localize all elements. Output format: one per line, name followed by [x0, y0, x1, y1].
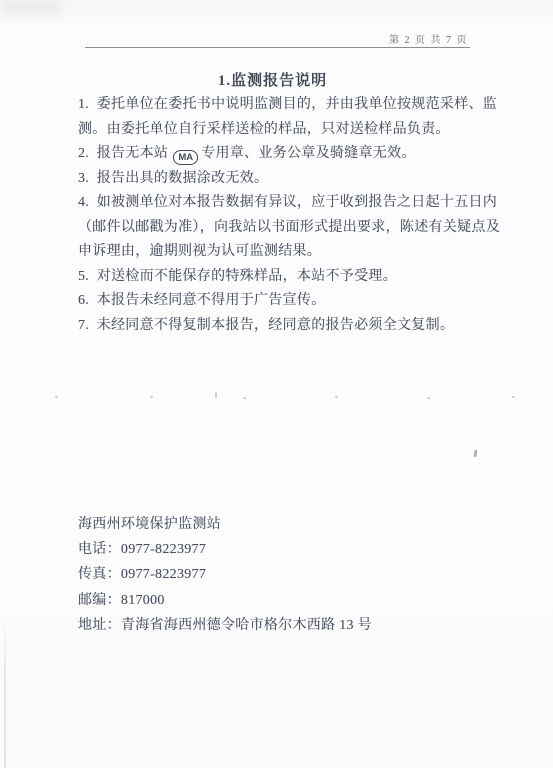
note-item-7: 7. 未经同意不得复制本报告，经同意的报告必须全文复制。 — [78, 314, 533, 339]
scan-dot — [243, 397, 246, 399]
note-item-4: 4. 如被测单位对本报告数据有异议，应于收到报告之日起十五日内 （邮件以邮戳为准… — [78, 191, 533, 265]
scan-dot — [427, 397, 430, 399]
scan-smudge-top-left — [2, 0, 60, 15]
cma-certification-icon: MA — [173, 150, 198, 165]
organization-name: 海西州环境保护监测站 — [78, 512, 372, 537]
contact-address: 地址：青海省海西州德令哈市格尔木西路 13 号 — [78, 613, 372, 638]
note-item-1: 1. 委托单位在委托书中说明监测目的，并由我单位按规范采样、监 测。由委托单位自… — [78, 93, 533, 142]
note-item-2-text-before: 2. 报告无本站 — [78, 146, 168, 161]
scan-dot — [512, 396, 515, 398]
scan-edge-streak — [4, 615, 6, 768]
page-header: 第 2 页 共 7 页 — [85, 34, 470, 48]
scan-dot — [55, 396, 58, 398]
note-item-6: 6. 本报告未经同意不得用于广告宣传。 — [78, 289, 533, 314]
contact-phone: 电话：0977-8223977 — [78, 537, 372, 562]
notes-list: 1. 委托单位在委托书中说明监测目的，并由我单位按规范采样、监 测。由委托单位自… — [78, 93, 533, 338]
scan-dot — [335, 396, 338, 398]
note-item-2: 2. 报告无本站MA专用章、业务公章及骑缝章无效。 — [78, 142, 533, 167]
note-item-2-text-after: 专用章、业务公章及骑缝章无效。 — [201, 146, 416, 161]
contact-fax: 传真：0977-8223977 — [78, 562, 372, 587]
scan-dot — [150, 396, 153, 398]
contact-block: 海西州环境保护监测站 电话：0977-8223977 传真：0977-82239… — [78, 512, 372, 638]
contact-postal-code: 邮编：817000 — [78, 588, 372, 613]
page-number: 第 2 页 共 7 页 — [85, 34, 470, 47]
scan-speck — [474, 450, 478, 457]
note-item-3: 3. 报告出具的数据涂改无效。 — [78, 167, 533, 192]
note-item-5: 5. 对送检而不能保存的特殊样品，本站不予受理。 — [78, 265, 533, 290]
header-rule — [85, 47, 470, 48]
scan-tick — [215, 392, 217, 398]
document-page: 第 2 页 共 7 页 1.监测报告说明 1. 委托单位在委托书中说明监测目的，… — [0, 0, 553, 768]
page-title: 1.监测报告说明 — [0, 69, 545, 90]
